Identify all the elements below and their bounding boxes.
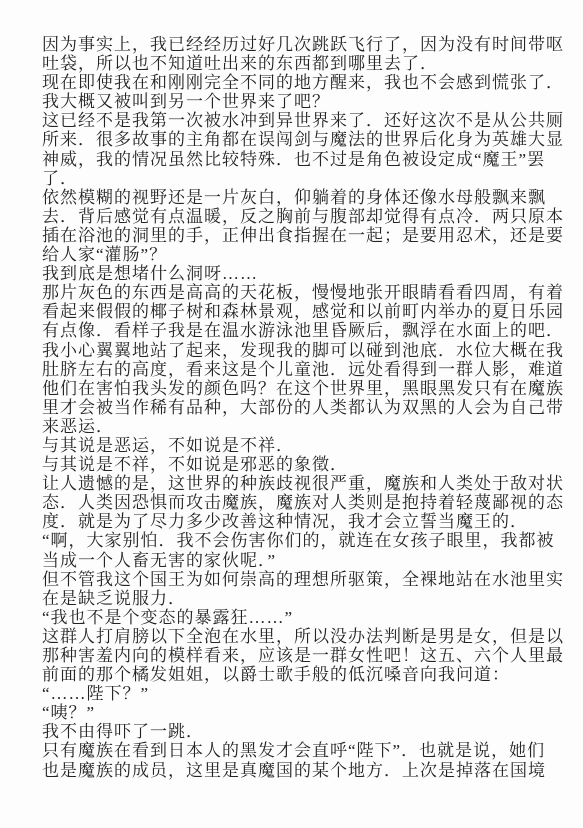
text-line: 让人遗憾的是，这世界的种族歧视很严重，魔族和人类处于敌对状	[42, 474, 552, 493]
text-line: “啊，大家别怕．我不会伤害你们的，就连在女孩子眼里，我都被	[42, 531, 552, 550]
text-line: 看起来假假的椰子树和森林景观，感觉和以前町内举办的夏日乐园	[42, 302, 552, 321]
text-line: 我到底是想堵什么洞呀……	[42, 264, 552, 283]
text-line: 我小心翼翼地站了起来，发现我的脚可以碰到池底．水位大概在我	[42, 341, 552, 360]
text-line: 去．背后感觉有点温暖，反之胸前与腹部却觉得有点冷．两只原本	[42, 207, 552, 226]
text-line: 但不管我这个国王为如何崇高的理想所驱策，全裸地站在水池里实	[42, 570, 552, 589]
text-line: 插在浴池的洞里的手，正伸出食指握在一起；是要用忍术，还是要	[42, 226, 552, 245]
text-line: 也是魔族的成员，这里是真魔国的某个地方．上次是掉落在国境	[42, 761, 552, 780]
text-line: 我不由得吓了一跳．	[42, 722, 552, 741]
text-line: “咦？”	[42, 703, 552, 722]
text-line: 前面的那个橘发姐姐，以爵士歌手般的低沉嗓音向我问道：	[42, 665, 552, 684]
text-line: 与其说是不祥，不如说是邪恶的象徵．	[42, 455, 552, 474]
text-line: 那种害羞内向的模样看来，应该是一群女性吧！这五、六个人里最	[42, 646, 552, 665]
text-block: 因为事实上，我已经经历过好几次跳跃飞行了，因为没有时间带呕吐袋，所以也不知道吐出…	[42, 35, 552, 780]
text-line: 所来．很多故事的主角都在误闯剑与魔法的世界后化身为英雄大显	[42, 130, 552, 149]
text-line: 给人家“灌肠”？	[42, 245, 552, 264]
text-line: 与其说是恶运，不如说是不祥．	[42, 436, 552, 455]
text-line: 我大概又被叫到另一个世界来了吧？	[42, 92, 552, 111]
text-line: 来恶运．	[42, 417, 552, 436]
text-line: 了．	[42, 169, 552, 188]
text-line: 这群人打肩膀以下全泡在水里，所以没办法判断是男是女，但是以	[42, 627, 552, 646]
text-line: 肚脐左右的高度，看来这是个儿童池．远处看得到一群人影，难道	[42, 360, 552, 379]
text-line: “我也不是个变态的暴露狂……”	[42, 608, 552, 627]
text-line: 神威，我的情况虽然比较特殊．也不过是角色被设定成“魔王”罢	[42, 150, 552, 169]
text-line: 当成一个人畜无害的家伙呢．”	[42, 551, 552, 570]
text-line: 在是缺乏说服力．	[42, 589, 552, 608]
text-line: 有点像．看样子我是在温水游泳池里昏厥后，飘浮在水面上的吧．	[42, 321, 552, 340]
text-line: 因为事实上，我已经经历过好几次跳跃飞行了，因为没有时间带呕	[42, 35, 552, 54]
text-line: 态．人类因恐惧而攻击魔族，魔族对人类则是抱持着轻蔑鄙视的态	[42, 493, 552, 512]
text-line: 度．就是为了尽力多少改善这种情况，我才会立誓当魔王的．	[42, 512, 552, 531]
text-line: 里才会被当作稀有品种，大部份的人类都认为双黑的人会为自己带	[42, 398, 552, 417]
text-line: 依然模糊的视野还是一片灰白，仰躺着的身体还像水母般飘来飘	[42, 188, 552, 207]
text-line: 吐袋，所以也不知道吐出来的东西都到哪里去了．	[42, 54, 552, 73]
text-line: 他们在害怕我头发的颜色吗？在这个世界里，黑眼黑发只有在魔族	[42, 379, 552, 398]
novel-page: 因为事实上，我已经经历过好几次跳跃飞行了，因为没有时间带呕吐袋，所以也不知道吐出…	[0, 0, 583, 828]
text-line: 这已经不是我第一次被水冲到异世界来了．还好这次不是从公共厕	[42, 111, 552, 130]
text-line: “……陛下？”	[42, 684, 552, 703]
text-line: 那片灰色的东西是高高的天花板，慢慢地张开眼睛看看四周，有着	[42, 283, 552, 302]
text-line: 现在即使我在和刚刚完全不同的地方醒来，我也不会感到慌张了．	[42, 73, 552, 92]
text-line: 只有魔族在看到日本人的黑发才会直呼“陛下”．也就是说，她们	[42, 741, 552, 760]
